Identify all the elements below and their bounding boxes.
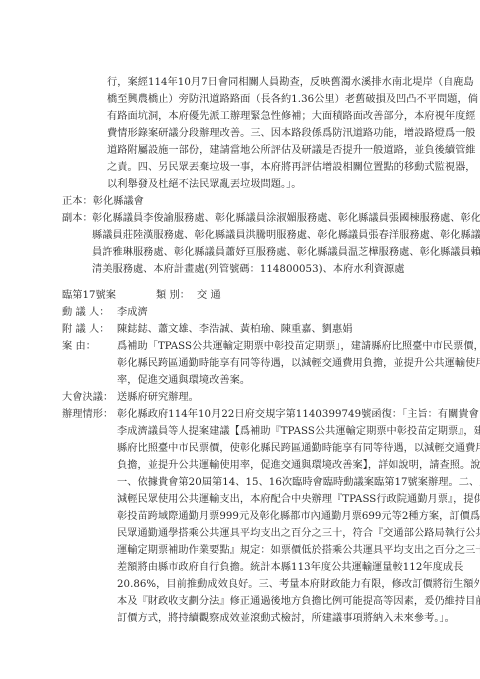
reason-line: 彰化縣民跨區通勤時能享有同等待遇，以減輕交通費用負擔，並提升公共運輸使用 [117, 355, 480, 372]
prev-copy-line: 彰化縣議員李俊諭服務處、彰化縣議員涂淑媚服務處、彰化縣議員張國棟服務處、彰化 [92, 210, 480, 227]
handling-line: 一、依據貴會第20屆第14、15、16次臨時會臨時動議案臨第17號案辦理。二、爲 [117, 474, 480, 491]
handling-line: 訂價方式，將持續觀察成效並滾動式檢討，所建議事項將納入未來參考。」。 [117, 610, 455, 627]
reason-label: 案 由： [62, 338, 96, 355]
handling-line: 彰投苗跨域際通勤月票999元及彰化縣都市內通勤月票699元等2種方案，訂價爲 [117, 508, 480, 525]
cosigners-label: 附 議 人： [62, 321, 110, 338]
proposer-label: 動 議 人： [62, 304, 110, 321]
resolution-label: 大會決議： [62, 389, 113, 406]
prev-body-line: 橋至興農橋止）旁防汛道路路面（長各約1.36公里）老舊破損及凹凸不平問題，倘 [107, 91, 413, 108]
proposer-value: 李成濟 [117, 304, 148, 321]
original-value: 彰化縣議會 [93, 196, 144, 207]
reason-line: 爲補助「TPASS公共運輸定期票中彰投苗定期票」，建請縣府比照臺中市民票價，使 [117, 338, 480, 355]
handling-line: 李成濟議員等人提案建議【爲補助『TPASS公共運輸定期票中彰投苗定期票』，建請 [117, 423, 480, 440]
prev-body-line: 以利舉發及杜絕不法民眾亂丟垃圾問題。」。 [107, 176, 413, 193]
resolution-value: 送縣府研究辦理。 [117, 389, 199, 406]
original-label: 正本： [62, 193, 93, 210]
handling-line: 本及『財政收支劃分法』修正通過後地方負擔比例可能提高等因素，爰仍維持目前 [117, 593, 480, 610]
case-number: 臨第17號案 [62, 287, 116, 304]
handling-line: 負擔，並提升公共運輸使用率，促進交通與環境改善案】，詳如說明，請查照。說明： [117, 457, 480, 474]
handling-line: 差額將由縣市政府自行負擔。統計本縣113年度公共運輸運量較112年度成長 [117, 559, 463, 576]
prev-copy-label: 副本： [62, 210, 93, 227]
handling-line: 縣府比照臺中市民票價，使彰化縣民跨區通勤時能享有同等待遇，以減輕交通費用 [117, 440, 480, 457]
reason-line: 率，促進交通與環境改善案。 [117, 372, 250, 389]
prev-body-line: 道路附屬設施一部份，建請當地公所評估及研議是否提升一般道路，並負後續管維 [107, 142, 413, 159]
case-category-value: 交 通 [197, 287, 221, 304]
handling-line: 運輸定期票補助作業要點』規定：如票價低於搭乘公共運具平均支出之百分之三十， [117, 542, 480, 559]
document-page: 行，案經114年10月7日會同相關人員勘查，反映舊濁水溪排水南北堤岸（自鹿島 橋… [0, 0, 480, 679]
handling-label: 辦理情形： [62, 406, 113, 423]
cosigners-value: 陳鋕鋕、蕭文雄、李浩誠、黃柏瑜、陳重嘉、劉惠娟 [117, 321, 352, 338]
prev-original-recipient: 正本：彰化縣議會 [62, 193, 144, 210]
prev-copy-line: 縣議員莊陸漢服務處、彰化縣議員洪騰明服務處、彰化縣議員張春洋服務處、彰化縣議 [92, 227, 480, 244]
handling-line: 彰化縣政府114年10月22日府交規字第1140399749號函復：「主旨：有關… [117, 406, 479, 423]
prev-body-line: 行，案經114年10月7日會同相關人員勘查，反映舊濁水溪排水南北堤岸（自鹿島 [107, 74, 413, 91]
prev-body-line: 費情形錄案研議分段辦理改善。三、因本路段係爲防汛道路功能，增設路燈爲一般 [107, 125, 413, 142]
handling-line: 減輕民眾使用公共運輸支出，本府配合中央辦理『TPASS行政院通勤月票』，提供中 [117, 491, 480, 508]
handling-line: 20.86%，目前推動成效良好。三、考量本府財政能力有限，修改訂價將衍生額外成 [117, 576, 480, 593]
case-category-label: 類 別： [156, 287, 190, 304]
handling-line: 民眾通勤通學搭乘公共運具平均支出之百分之三十，符合『交通部公路局執行公共 [117, 525, 480, 542]
prev-copy-line: 清美服務處、本府計畫處(列管號碼：114800053)、本府水利資源處 [92, 261, 405, 278]
prev-copy-line: 員許雅琳服務處、彰化縣議員蕭妤亘服務處、彰化縣議員温芝樺服務處、彰化縣議員賴 [92, 244, 480, 261]
prev-body-line: 之責。四、另民眾丟棄垃圾一事，本府將再評估增設相關位置點的移動式監視器， [107, 159, 413, 176]
prev-body-line: 有路面坑洞，本府優先派工辦理緊急性修補；大面積路面改善部分，本府視年度經 [107, 108, 413, 125]
